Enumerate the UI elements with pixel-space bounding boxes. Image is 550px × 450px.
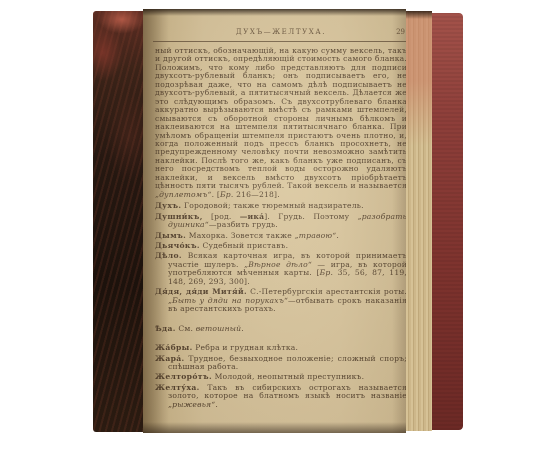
text-segment: Махорка. Зовется также — [186, 231, 294, 240]
dictionary-entry: Духъ. Городовой; также тюремный надзират… — [155, 202, 407, 210]
text-segment: „рыжевья“ — [168, 400, 215, 409]
page-number: 29 — [396, 28, 405, 36]
entry-body: [род. —ика́]. Грудь. Поэтому „разобрать … — [168, 212, 407, 229]
book-photo: ДУХЪ—ЖЕЛТУХА. 29 ный оттискъ, обозначающ… — [0, 0, 550, 450]
dictionary-entry: Жара́. Трудное, безвыходное положеніе; с… — [155, 355, 407, 372]
running-head: ДУХЪ—ЖЕЛТУХА. 29 — [155, 28, 407, 36]
text-segment: „дуплетомъ“ — [155, 190, 212, 199]
dictionary-entry: Дѣло. Всякая карточная игра, въ которой … — [155, 252, 407, 286]
dictionary-entry: Душни́къ, [род. —ика́]. Грудь. Поэтому „… — [155, 213, 407, 230]
entry-body: Такъ въ сибирскихъ острогахъ называется … — [168, 383, 407, 409]
dictionary-entry: Дымъ. Махорка. Зовется также „травою“. — [155, 232, 407, 240]
text-segment: —разбить грудь. — [209, 220, 278, 229]
entry-headword: Дьячо́къ. — [155, 241, 200, 250]
entry-headword: Ѣда. — [155, 324, 176, 333]
dictionary-entry: Дя́дя, дя́ди Митя́й. С.-Петербургскія ар… — [155, 288, 407, 313]
entry-headword: Желторо́тъ. — [155, 372, 212, 381]
dictionary-text: ный оттискъ, обозначающій, на какую сумм… — [155, 47, 407, 409]
header-rule — [153, 41, 407, 42]
entries-list: Духъ. Городовой; также тюремный надзират… — [155, 202, 407, 409]
text-segment: ный оттискъ, обозначающій, на какую сумм… — [155, 46, 407, 190]
entry-body: Ребра и грудная клѣтка. — [193, 343, 298, 352]
fore-edge-pages — [406, 11, 432, 431]
text-segment: . — [336, 231, 339, 240]
entry-body: Всякая карточная игра, въ которой приним… — [168, 251, 407, 285]
text-segment: Городовой; также тюремный надзиратель. — [181, 201, 363, 210]
text-segment: Молодой, неопытный преступникъ. — [212, 372, 364, 381]
continuation-paragraph: ный оттискъ, обозначающій, на какую сумм… — [155, 47, 407, 199]
dictionary-entry: Дьячо́къ. Судебный приставъ. — [155, 242, 407, 250]
entry-body: Молодой, неопытный преступникъ. — [212, 372, 364, 381]
dictionary-entry: Ѣда. См. ветошный. — [155, 325, 407, 333]
text-segment: . [ — [212, 190, 220, 199]
text-segment: Трудное, безвыходное положеніе; сложный … — [168, 354, 407, 371]
entry-body: См. ветошный. — [176, 324, 244, 333]
text-segment: 216—218]. — [233, 190, 279, 199]
text-segment: . — [241, 324, 244, 333]
dictionary-entry: Желту́ха. Такъ въ сибирскихъ острогахъ н… — [155, 384, 407, 409]
entry-body: Трудное, безвыходное положеніе; сложный … — [168, 354, 407, 371]
entry-body: Судебный приставъ. — [200, 241, 288, 250]
entry-headword: Жа́бры. — [155, 343, 193, 352]
entry-body: Городовой; также тюремный надзиратель. — [181, 201, 363, 210]
entry-headword: Духъ. — [155, 201, 181, 210]
text-segment: Судебный приставъ. — [200, 241, 288, 250]
entry-body: Махорка. Зовется также „травою“. — [186, 231, 339, 240]
entry-headword: Дымъ. — [155, 231, 186, 240]
text-segment: ветошный — [196, 324, 242, 333]
text-segment: Бр. — [320, 268, 333, 277]
running-head-title: ДУХЪ—ЖЕЛТУХА. — [236, 28, 326, 36]
text-segment: Такъ въ сибирскихъ острогахъ называется … — [168, 383, 407, 400]
dictionary-entry: Желторо́тъ. Молодой, неопытный преступни… — [155, 373, 407, 381]
text-segment: „травою“ — [295, 231, 337, 240]
text-segment: . — [215, 400, 218, 409]
book-page: ДУХЪ—ЖЕЛТУХА. 29 ный оттискъ, обозначающ… — [143, 9, 406, 433]
left-cover-board — [93, 11, 145, 432]
text-segment: ]. Грудь. Поэтому — [264, 212, 357, 221]
right-cover — [432, 13, 463, 430]
text-segment: Бр. — [220, 190, 233, 199]
text-segment: Ребра и грудная клѣтка. — [193, 343, 298, 352]
dictionary-entry: Жа́бры. Ребра и грудная клѣтка. — [155, 344, 407, 352]
text-segment: См. — [176, 324, 196, 333]
